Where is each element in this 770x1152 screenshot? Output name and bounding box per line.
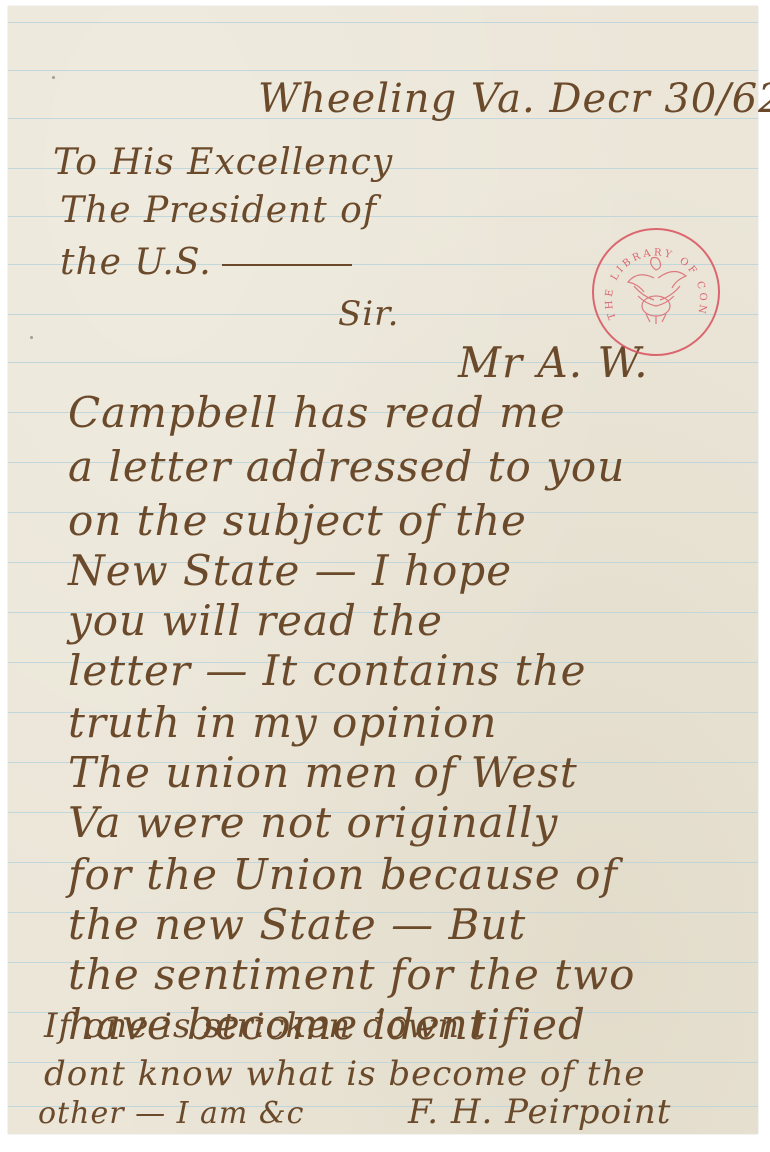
body-line: letter — It contains the xyxy=(68,646,586,695)
salutation-line: the U.S. xyxy=(60,242,352,283)
body-line: the sentiment for the two xyxy=(68,950,635,999)
svg-text:THE LIBRARY OF CONGRESS: THE LIBRARY OF CONGRESS xyxy=(594,230,708,321)
body-line: a letter addressed to you xyxy=(68,442,625,491)
library-of-congress-stamp: THE LIBRARY OF CONGRESS xyxy=(592,228,720,356)
letter-page: Wheeling Va. Decr 30/62 To His Excellenc… xyxy=(8,6,758,1134)
ink-underline xyxy=(222,264,352,266)
body-line: If one is stricken down I xyxy=(44,1006,486,1046)
body-line: other — I am &c xyxy=(38,1096,304,1131)
body-line: truth in my opinion xyxy=(68,698,497,747)
ruled-line xyxy=(8,22,758,23)
salutation-line: The President of xyxy=(60,190,377,231)
greeting: Sir. xyxy=(338,294,400,334)
paper-speck xyxy=(52,76,55,79)
salutation-text: the U.S. xyxy=(60,242,212,283)
body-line: dont know what is become of the xyxy=(44,1054,645,1094)
dateline: Wheeling Va. Decr 30/62 xyxy=(258,76,770,122)
eagle-icon: THE LIBRARY OF CONGRESS xyxy=(594,230,718,354)
body-line: New State — I hope xyxy=(68,546,512,595)
body-line: on the subject of the xyxy=(68,496,527,545)
paper-speck xyxy=(30,336,33,339)
salutation-line: To His Excellency xyxy=(53,142,393,183)
body-line: for the Union because of xyxy=(68,850,618,899)
body-line: you will read the xyxy=(68,596,443,645)
body-line: Campbell has read me xyxy=(68,388,566,437)
ruled-line xyxy=(8,70,758,71)
body-line: Va were not originally xyxy=(68,798,558,847)
body-line: The union men of West xyxy=(68,748,578,797)
body-line: the new State — But xyxy=(68,900,526,949)
signature: F. H. Peirpoint xyxy=(408,1092,671,1132)
